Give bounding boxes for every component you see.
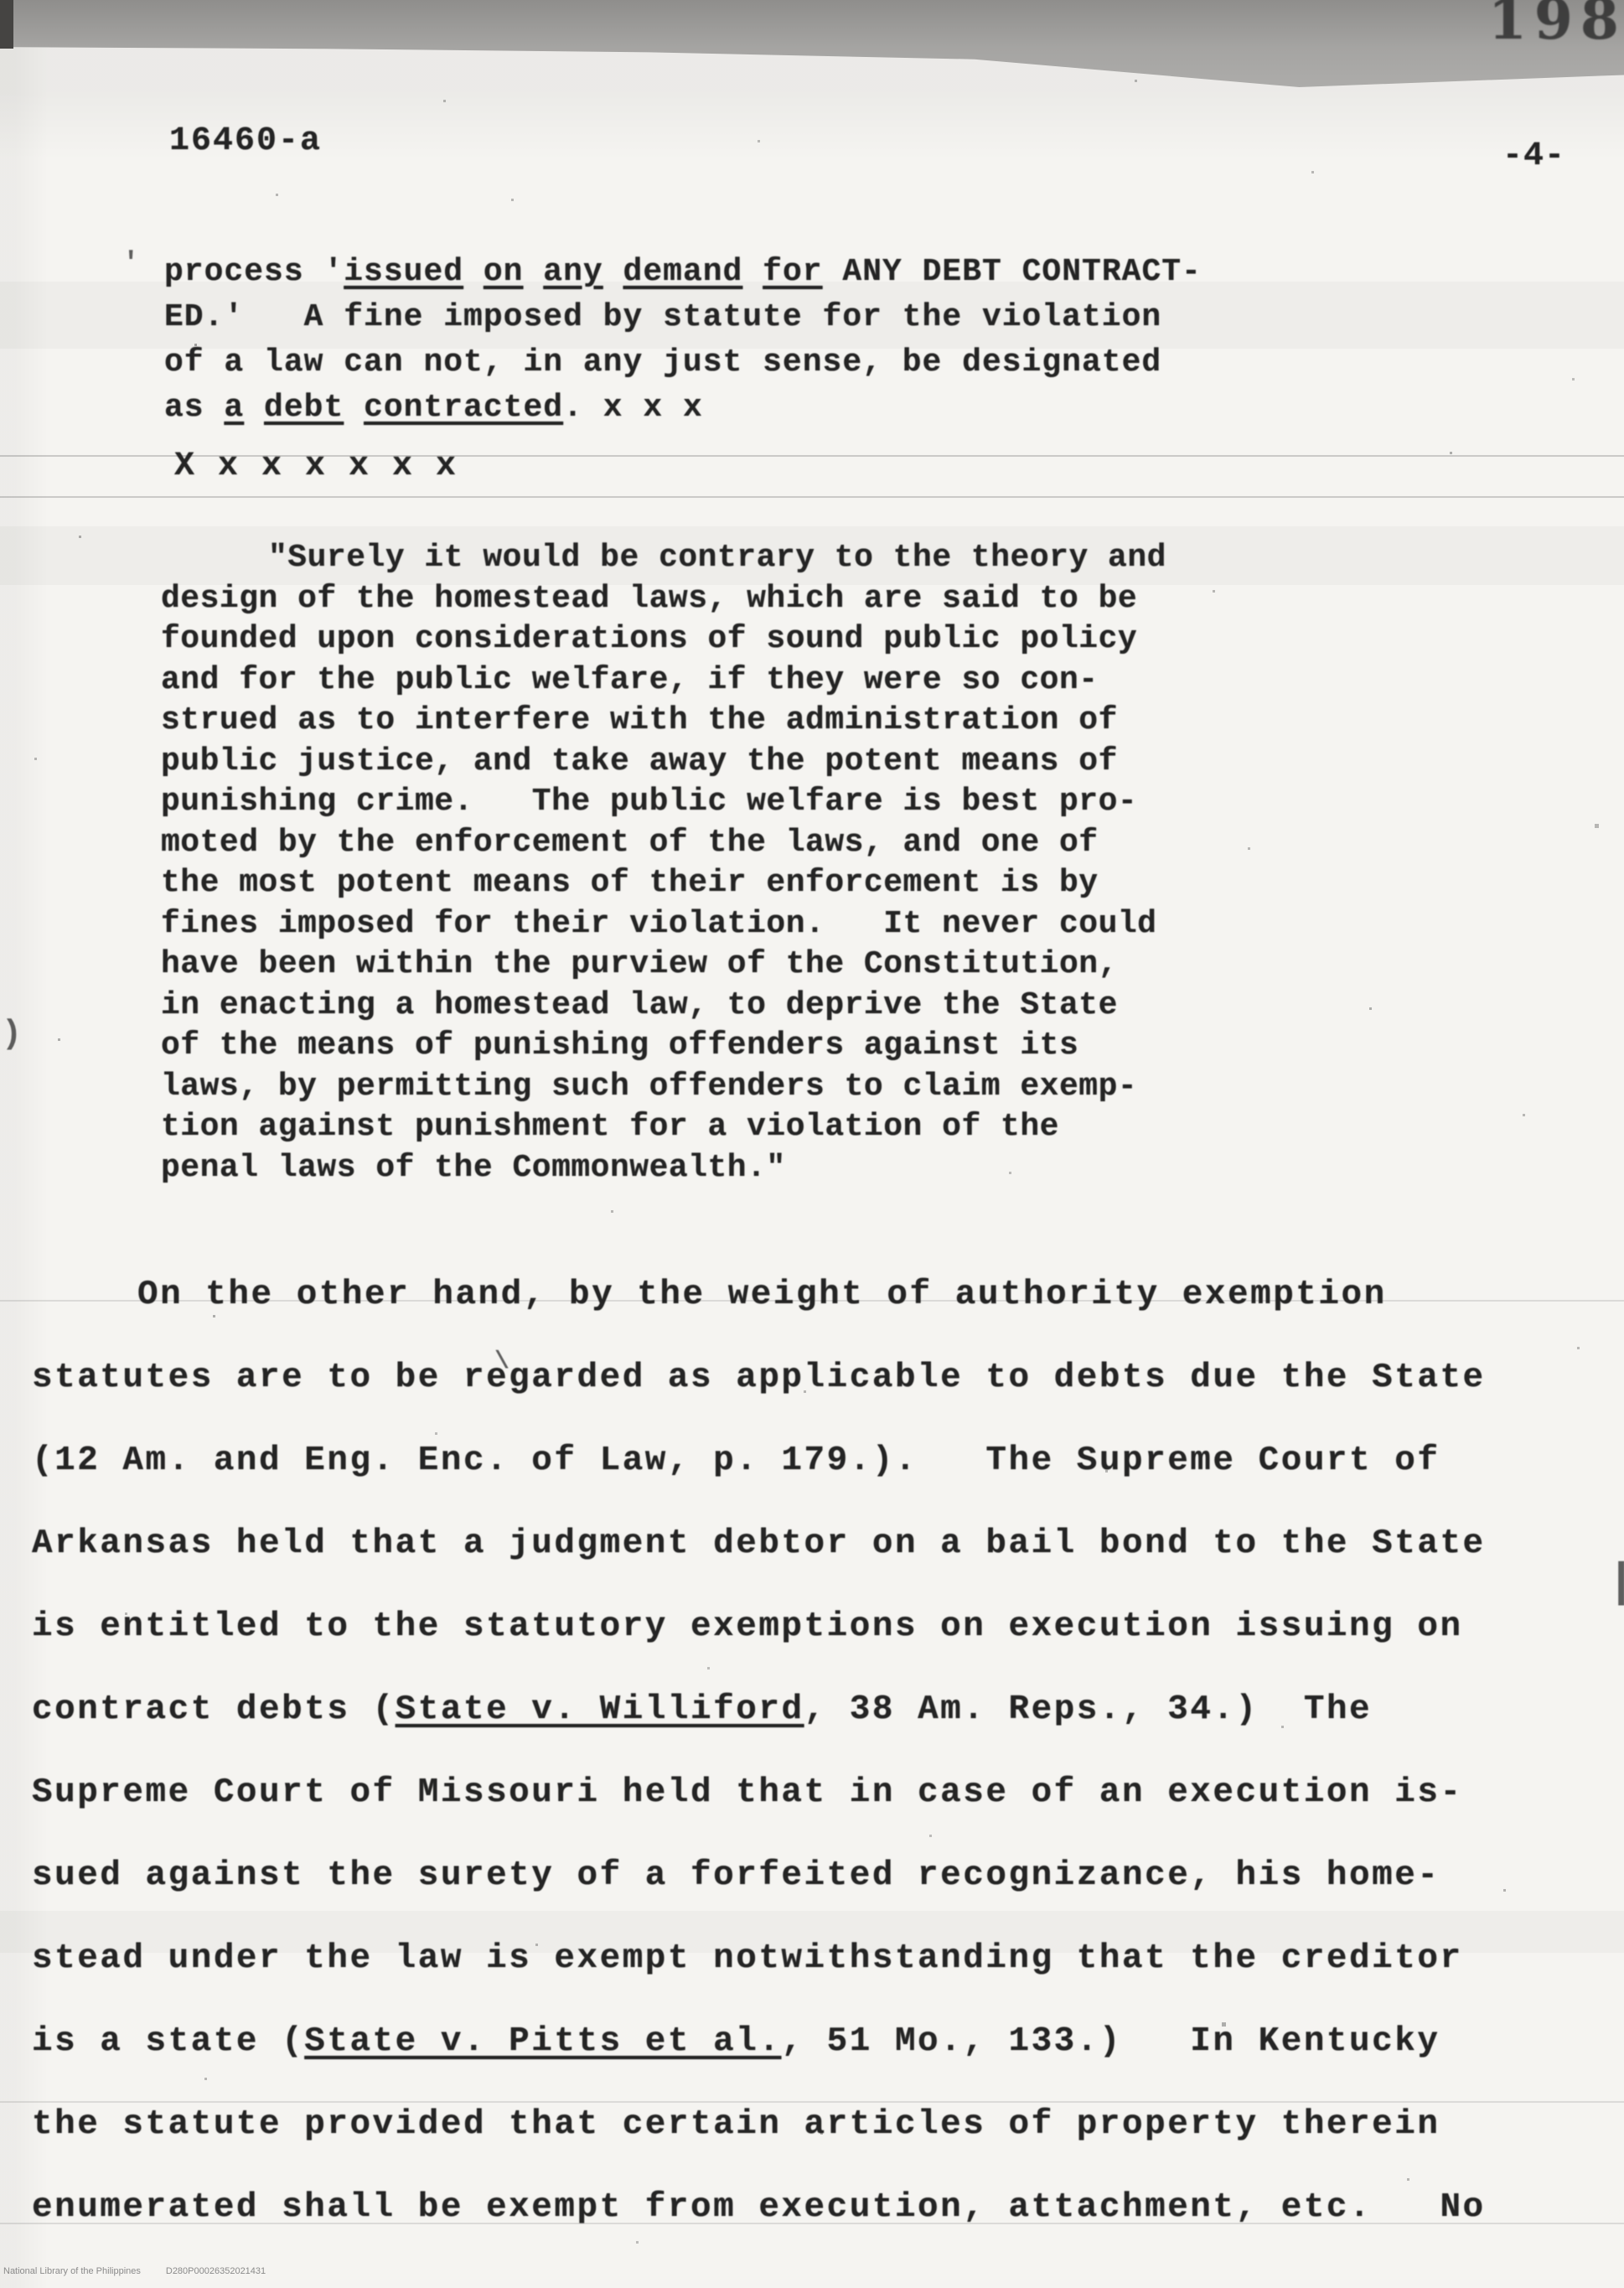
text-segment: penal laws of the Commonwealth." — [161, 1150, 786, 1186]
text-line: tion against punishment for a violation … — [161, 1107, 1166, 1148]
text-segment: Arkansas held that a judgment debtor on … — [32, 1524, 1486, 1563]
text-line: punishing crime. The public welfare is b… — [161, 782, 1166, 823]
text-line: Arkansas held that a judgment debtor on … — [32, 1503, 1486, 1586]
text-segment: sued against the surety of a forfeited r… — [32, 1856, 1440, 1895]
text-segment — [463, 254, 484, 290]
text-segment: of a law can not, in any just sense, be … — [164, 344, 1161, 380]
library-code: D280P00026352021431 — [166, 2266, 266, 2276]
scanned-page: 198 16460-a -4- process 'issued on any d… — [0, 0, 1624, 2288]
text-segment: stead under the law is exempt notwithsta… — [32, 1939, 1463, 1978]
text-line: design of the homestead laws, which are … — [161, 579, 1166, 620]
text-segment: for — [763, 254, 822, 290]
text-line: "Surely it would be contrary to the theo… — [161, 538, 1166, 579]
text-segment: punishing crime. The public welfare is b… — [161, 784, 1137, 820]
scan-artifact-line — [0, 496, 1624, 498]
text-segment: have been within the purview of the Cons… — [161, 946, 1118, 982]
text-segment: design of the homestead laws, which are … — [161, 581, 1137, 617]
text-segment: founded upon considerations of sound pub… — [161, 621, 1137, 657]
library-name: National Library of the Philippines — [3, 2266, 141, 2276]
text-segment: fines imposed for their violation. It ne… — [161, 906, 1157, 942]
text-segment: laws, by permitting such offenders to cl… — [161, 1069, 1137, 1105]
page-stamp-number: 198 — [1488, 0, 1624, 52]
text-segment: public justice, and take away the potent… — [161, 743, 1118, 779]
text-segment: strued as to interfere with the administ… — [161, 702, 1118, 738]
block-quote-paragraph: "Surely it would be contrary to the theo… — [161, 538, 1166, 1188]
text-segment — [742, 254, 763, 290]
text-line: is a state (State v. Pitts et al., 51 Mo… — [32, 2001, 1486, 2084]
text-segment: enumerated shall be exempt from executio… — [32, 2188, 1486, 2227]
text-line: enumerated shall be exempt from executio… — [32, 2166, 1486, 2249]
text-line: sued against the surety of a forfeited r… — [32, 1835, 1486, 1918]
text-segment: . x x x — [563, 390, 703, 426]
text-line: X x x x x x x — [174, 448, 458, 485]
text-segment: X x x x x x x — [174, 448, 458, 485]
stray-mark: ' — [122, 248, 139, 280]
text-segment: , 38 Am. Reps., 34.) The — [804, 1690, 1373, 1729]
stray-mark: | — [1607, 1556, 1624, 1609]
text-line: (12 Am. and Eng. Enc. of Law, p. 179.). … — [32, 1420, 1486, 1503]
stray-mark: ) — [2, 1016, 22, 1053]
text-line: moted by the enforcement of the laws, an… — [161, 823, 1166, 864]
text-segment — [523, 254, 543, 290]
text-segment: any — [543, 254, 603, 290]
text-segment: the statute provided that certain articl… — [32, 2105, 1440, 2144]
text-line: the most potent means of their enforceme… — [161, 863, 1166, 904]
stray-mark: \ — [494, 1348, 509, 1376]
text-line: On the other hand, by the weight of auth… — [32, 1254, 1486, 1337]
text-line: of the means of punishing offenders agai… — [161, 1026, 1166, 1067]
text-segment: On the other hand, by the weight of auth… — [137, 1276, 1387, 1314]
text-segment: demand — [623, 254, 743, 290]
text-segment: is a state ( — [32, 2022, 304, 2061]
paper-specks — [0, 0, 1, 1]
text-segment: tion against punishment for a violation … — [161, 1109, 1059, 1145]
text-segment: ED.' A fine imposed by statute for the v… — [164, 299, 1161, 335]
text-line: founded upon considerations of sound pub… — [161, 619, 1166, 660]
text-segment: State v. Williford — [396, 1690, 804, 1729]
text-segment: of the means of punishing offenders agai… — [161, 1028, 1078, 1064]
text-segment: contracted — [364, 390, 563, 426]
text-segment: ANY DEBT CONTRACT- — [823, 254, 1202, 290]
text-line: strued as to interfere with the administ… — [161, 701, 1166, 742]
text-line: of a law can not, in any just sense, be … — [164, 340, 1202, 386]
text-line: and for the public welfare, if they were… — [161, 660, 1166, 701]
scan-corner-mark — [0, 0, 13, 49]
text-segment: , 51 Mo., 133.) In Kentucky — [781, 2022, 1440, 2061]
text-segment: is entitled to the statutory exemptions … — [32, 1607, 1463, 1646]
scan-top-band — [0, 0, 1624, 87]
library-watermark: National Library of the Philippines D280… — [3, 2266, 266, 2276]
text-segment: issued — [344, 254, 463, 290]
text-line: as a debt contracted. x x x — [164, 386, 1202, 431]
text-segment — [344, 390, 364, 426]
text-line: process 'issued on any demand for ANY DE… — [164, 250, 1202, 295]
text-line: public justice, and take away the potent… — [161, 742, 1166, 783]
body-paragraph: On the other hand, by the weight of auth… — [32, 1254, 1486, 2249]
text-line: contract debts (State v. Williford, 38 A… — [32, 1669, 1486, 1752]
text-segment: moted by the enforcement of the laws, an… — [161, 825, 1099, 861]
text-line: statutes are to be regarded as applicabl… — [32, 1337, 1486, 1420]
text-line: in enacting a homestead law, to deprive … — [161, 986, 1166, 1027]
text-line: the statute provided that certain articl… — [32, 2084, 1486, 2166]
text-segment: "Surely it would be contrary to the theo… — [268, 540, 1166, 576]
text-segment: a — [224, 390, 244, 426]
text-segment: on — [484, 254, 524, 290]
page-number: -4- — [1502, 137, 1565, 175]
text-line: stead under the law is exempt notwithsta… — [32, 1918, 1486, 2001]
opening-quote-paragraph: process 'issued on any demand for ANY DE… — [164, 250, 1202, 431]
text-segment: contract debts ( — [32, 1690, 396, 1729]
text-line: penal laws of the Commonwealth." — [161, 1148, 1166, 1189]
text-line: laws, by permitting such offenders to cl… — [161, 1067, 1166, 1108]
text-segment: State v. Pitts et al. — [304, 2022, 781, 2061]
text-segment — [603, 254, 623, 290]
text-line: ED.' A fine imposed by statute for the v… — [164, 295, 1202, 340]
text-segment: and for the public welfare, if they were… — [161, 662, 1099, 698]
text-line: Supreme Court of Missouri held that in c… — [32, 1752, 1486, 1835]
text-segment: in enacting a homestead law, to deprive … — [161, 987, 1118, 1023]
text-line: is entitled to the statutory exemptions … — [32, 1586, 1486, 1669]
text-segment — [244, 390, 264, 426]
text-segment: Supreme Court of Missouri held that in c… — [32, 1773, 1463, 1812]
text-segment: statutes are to be regarded as applicabl… — [32, 1359, 1486, 1397]
text-line: fines imposed for their violation. It ne… — [161, 904, 1166, 945]
asterism-row: X x x x x x x — [174, 448, 458, 485]
text-segment: the most potent means of their enforceme… — [161, 865, 1099, 901]
text-line: have been within the purview of the Cons… — [161, 945, 1166, 986]
document-number: 16460-a — [169, 122, 322, 160]
text-segment: (12 Am. and Eng. Enc. of Law, p. 179.). … — [32, 1442, 1440, 1480]
text-segment: process ' — [164, 254, 344, 290]
text-segment: as — [164, 390, 224, 426]
text-segment: debt — [264, 390, 344, 426]
